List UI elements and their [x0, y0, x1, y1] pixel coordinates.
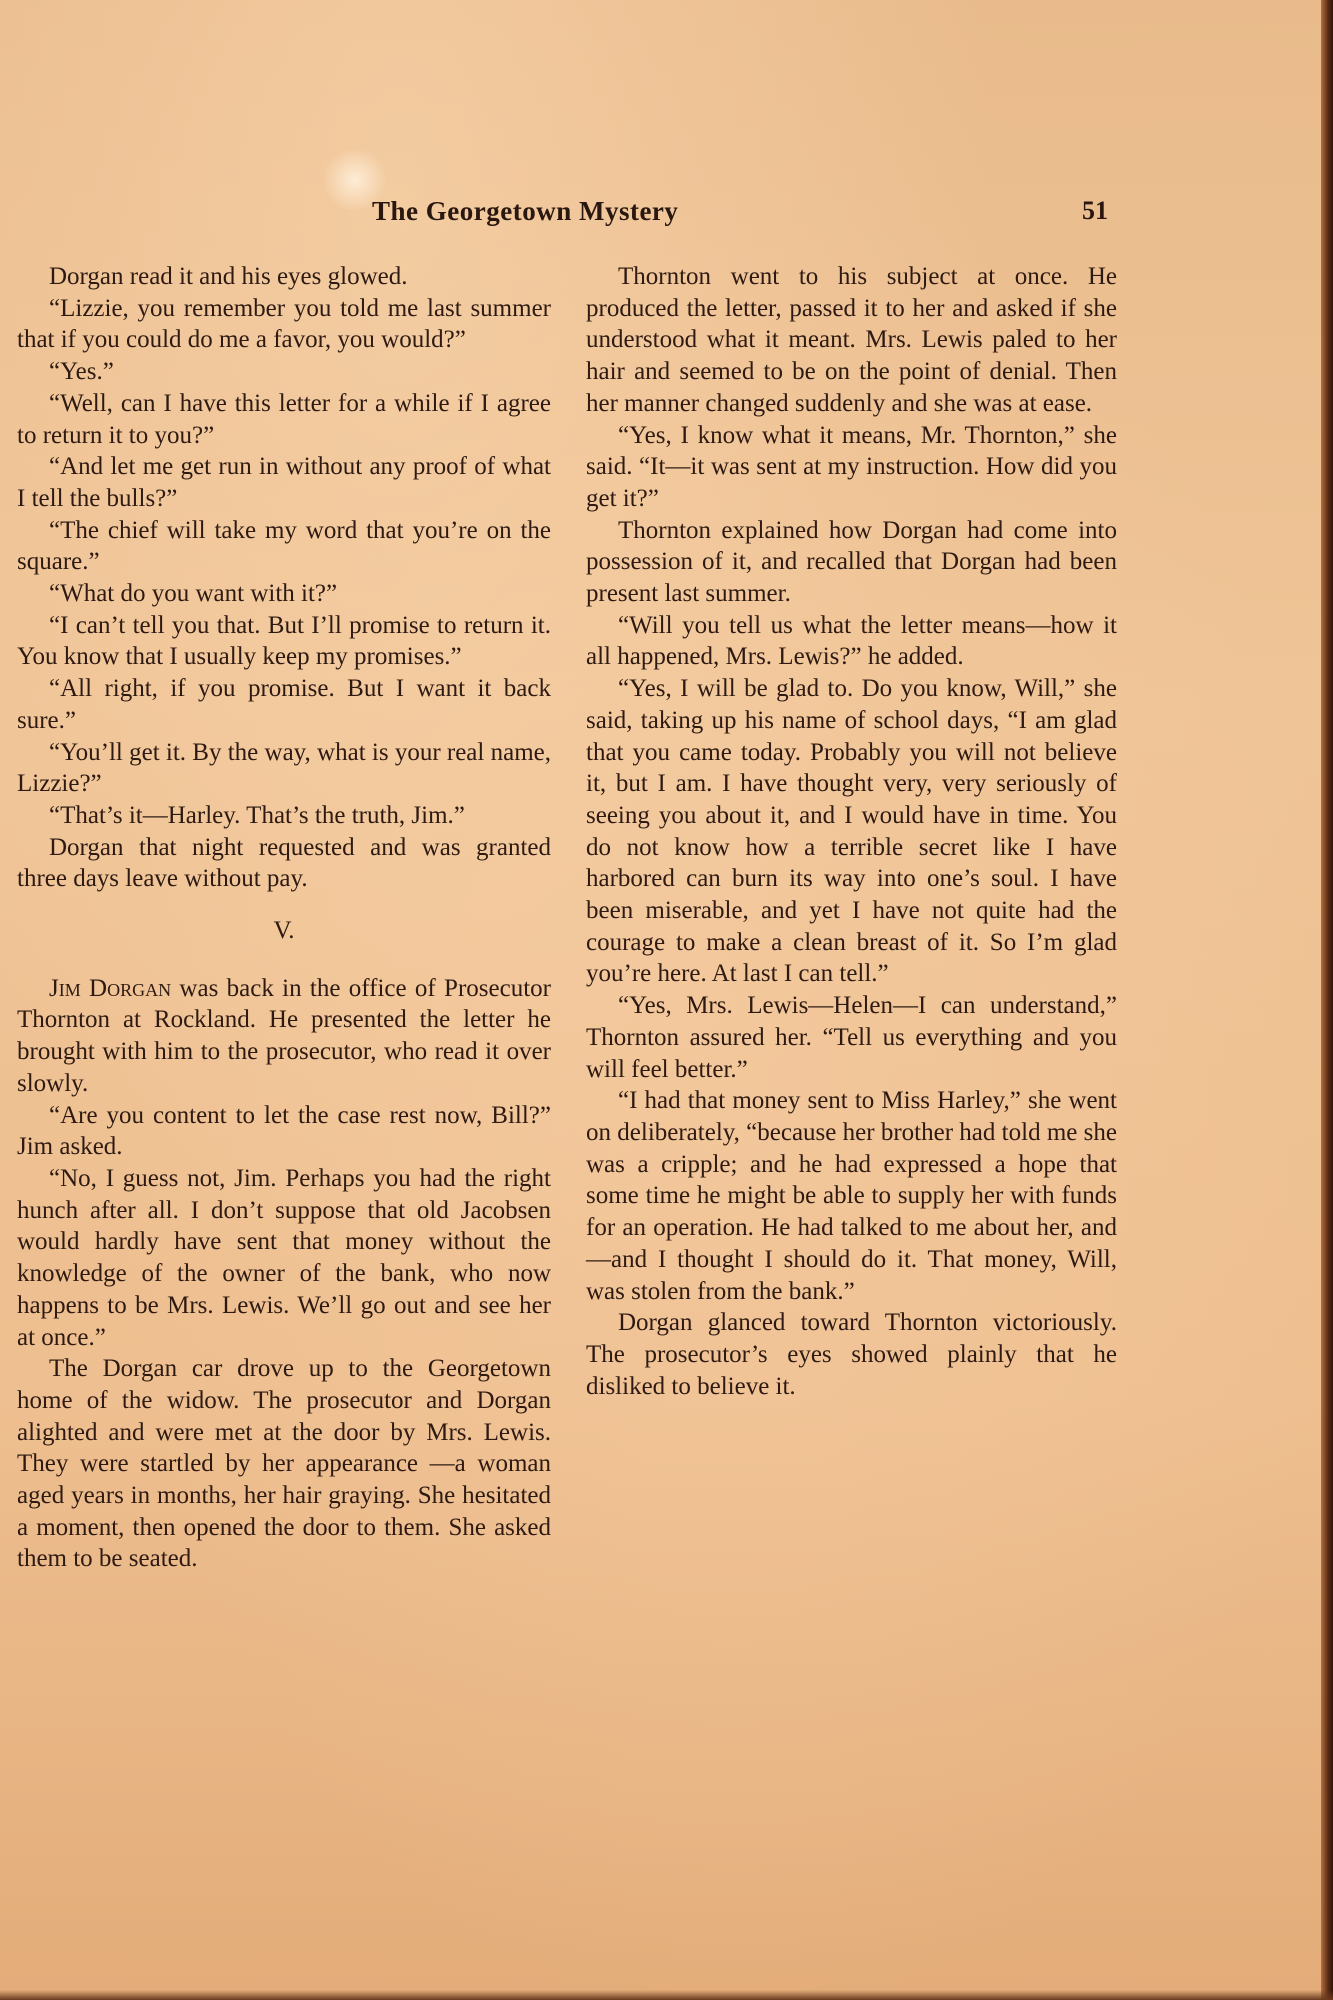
paragraph: Dorgan that night requested and was gran…: [17, 832, 551, 895]
page-number: 51: [1082, 196, 1108, 226]
left-column: Dorgan read it and his eyes glowed. “Liz…: [17, 261, 551, 1575]
book-page: The Georgetown Mystery 51 Dorgan read it…: [0, 0, 1333, 2000]
paragraph: “Are you content to let the case rest no…: [17, 1100, 551, 1163]
paragraph: “And let me get run in without any proof…: [17, 451, 551, 514]
paragraph: The Dorgan car drove up to the Georgetow…: [17, 1353, 551, 1575]
paragraph: Thornton explained how Dorgan had come i…: [586, 515, 1117, 610]
paragraph: “Yes, Mrs. Lewis—Helen—I can understand,…: [586, 990, 1117, 1085]
paragraph: “Yes.”: [17, 356, 551, 388]
paragraph: “You’ll get it. By the way, what is your…: [17, 737, 551, 800]
section-opening-paragraph: Jim Dorgan was back in the office of Pro…: [17, 973, 551, 1100]
paragraph: “The chief will take my word that you’re…: [17, 515, 551, 578]
paragraph: “I had that money sent to Miss Harley,” …: [586, 1085, 1117, 1307]
paragraph: “No, I guess not, Jim. Perhaps you had t…: [17, 1163, 551, 1353]
paragraph: “Yes, I know what it means, Mr. Thornton…: [586, 420, 1117, 515]
paragraph: Thornton went to his subject at once. He…: [586, 261, 1117, 420]
page-bottom-edge: [0, 1990, 1333, 2000]
opening-smallcaps: Jim Dorgan: [49, 975, 171, 1002]
paragraph: “Well, can I have this letter for a whil…: [17, 388, 551, 451]
section-heading: V.: [17, 915, 551, 947]
paragraph: “All right, if you promise. But I want i…: [17, 673, 551, 736]
paragraph: Dorgan glanced toward Thornton victoriou…: [586, 1307, 1117, 1402]
paragraph: “I can’t tell you that. But I’ll promise…: [17, 610, 551, 673]
paragraph: Dorgan read it and his eyes glowed.: [17, 261, 551, 293]
running-header: The Georgetown Mystery 51: [0, 196, 1333, 236]
book-spine-edge: [1321, 0, 1333, 2000]
paragraph: “What do you want with it?”: [17, 578, 551, 610]
paragraph: “Lizzie, you remember you told me last s…: [17, 293, 551, 356]
right-column: Thornton went to his subject at once. He…: [586, 261, 1117, 1402]
running-title: The Georgetown Mystery: [372, 196, 678, 227]
paragraph: “That’s it—Harley. That’s the truth, Jim…: [17, 800, 551, 832]
paragraph: “Yes, I will be glad to. Do you know, Wi…: [586, 673, 1117, 990]
paragraph: “Will you tell us what the letter means—…: [586, 610, 1117, 673]
